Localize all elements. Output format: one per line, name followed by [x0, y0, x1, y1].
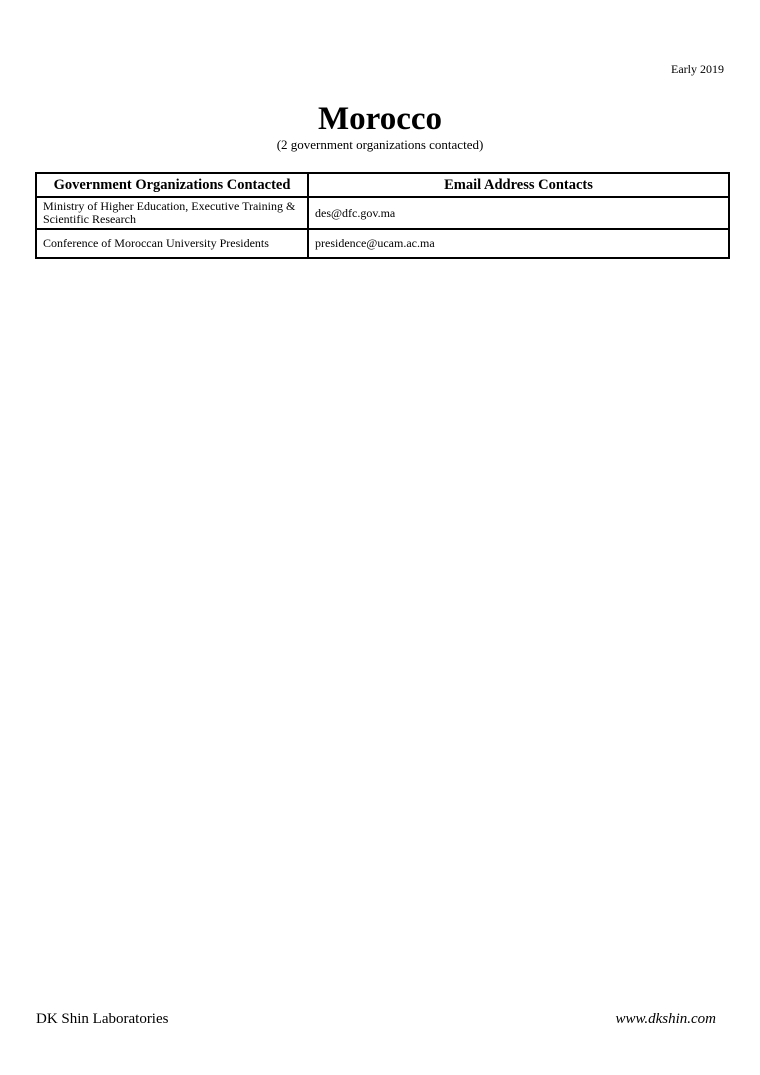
email-cell[interactable]: des@dfc.gov.ma [308, 197, 729, 229]
email-cell[interactable]: presidence@ucam.ac.ma [308, 229, 729, 258]
table-header-row: Government Organizations Contacted Email… [36, 173, 729, 197]
organization-cell: Conference of Moroccan University Presid… [36, 229, 308, 258]
page-subtitle: (2 government organizations contacted) [0, 137, 760, 153]
footer-organization: DK Shin Laboratories [36, 1011, 168, 1028]
contacts-table: Government Organizations Contacted Email… [35, 172, 730, 259]
column-header-email: Email Address Contacts [308, 173, 729, 197]
document-date: Early 2019 [671, 62, 724, 77]
table-row: Ministry of Higher Education, Executive … [36, 197, 729, 229]
table-row: Conference of Moroccan University Presid… [36, 229, 729, 258]
footer-website-link[interactable]: www.dkshin.com [615, 1011, 716, 1028]
organization-cell: Ministry of Higher Education, Executive … [36, 197, 308, 229]
column-header-organization: Government Organizations Contacted [36, 173, 308, 197]
page-title: Morocco [0, 99, 760, 139]
